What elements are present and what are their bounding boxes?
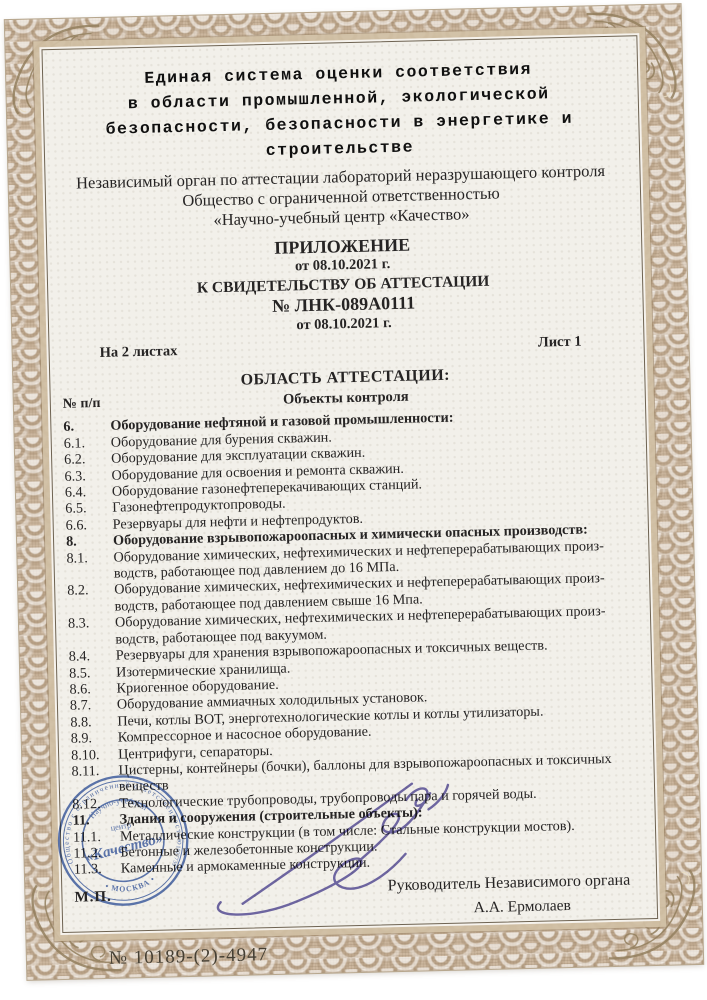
item-number: 6.4. xyxy=(65,484,112,502)
item-number: 8.5. xyxy=(69,664,116,682)
mp-label: М.П. xyxy=(74,888,112,905)
round-stamp: Общество с ограниченной ответственностью… xyxy=(45,762,201,918)
item-number: 6.1. xyxy=(64,435,111,453)
item-number: 8.8. xyxy=(70,713,117,731)
serial-number: № 10189-(2)-4947 xyxy=(109,944,269,970)
head-name: А.А. Ермолаев xyxy=(473,898,571,917)
item-number: 8.6. xyxy=(69,681,116,699)
sheet-number: Лист 1 xyxy=(538,334,582,351)
item-number: 8.2. xyxy=(67,582,115,616)
stamp-name: «Качество» xyxy=(84,831,165,866)
stamp-digits: 1027739 xyxy=(167,844,184,867)
sheet-count: На 2 листах xyxy=(99,343,177,361)
inner-page: Единая система оценки соответствия в обл… xyxy=(41,35,658,933)
certificate-sheet: Единая система оценки соответствия в обл… xyxy=(5,4,703,980)
item-number: 8. xyxy=(66,533,113,551)
item-number: 6.3. xyxy=(64,467,111,485)
item-number: 8.7. xyxy=(70,697,117,715)
head-title: Руководитель Независимого органа xyxy=(388,872,631,894)
item-number: 8.10. xyxy=(71,746,118,764)
item-number: 6.2. xyxy=(64,451,111,469)
item-number: 8.4. xyxy=(69,648,116,666)
svg-text:1027739: 1027739 xyxy=(167,844,184,867)
item-number: 6.6. xyxy=(66,517,113,535)
item-number: 6. xyxy=(63,418,110,436)
item-number: 8.9. xyxy=(71,730,118,748)
system-title: Единая система оценки соответствия в обл… xyxy=(55,55,623,168)
item-number: 6.5. xyxy=(65,500,112,518)
item-number: 8.1. xyxy=(66,549,114,583)
signature xyxy=(200,768,493,925)
stamp-inner-word: центр xyxy=(110,820,132,832)
item-number: 8.3. xyxy=(68,615,116,649)
page-content: Единая система оценки соответствия в обл… xyxy=(43,36,658,932)
org-lines: Независимый орган по аттестации лаборато… xyxy=(57,161,624,234)
